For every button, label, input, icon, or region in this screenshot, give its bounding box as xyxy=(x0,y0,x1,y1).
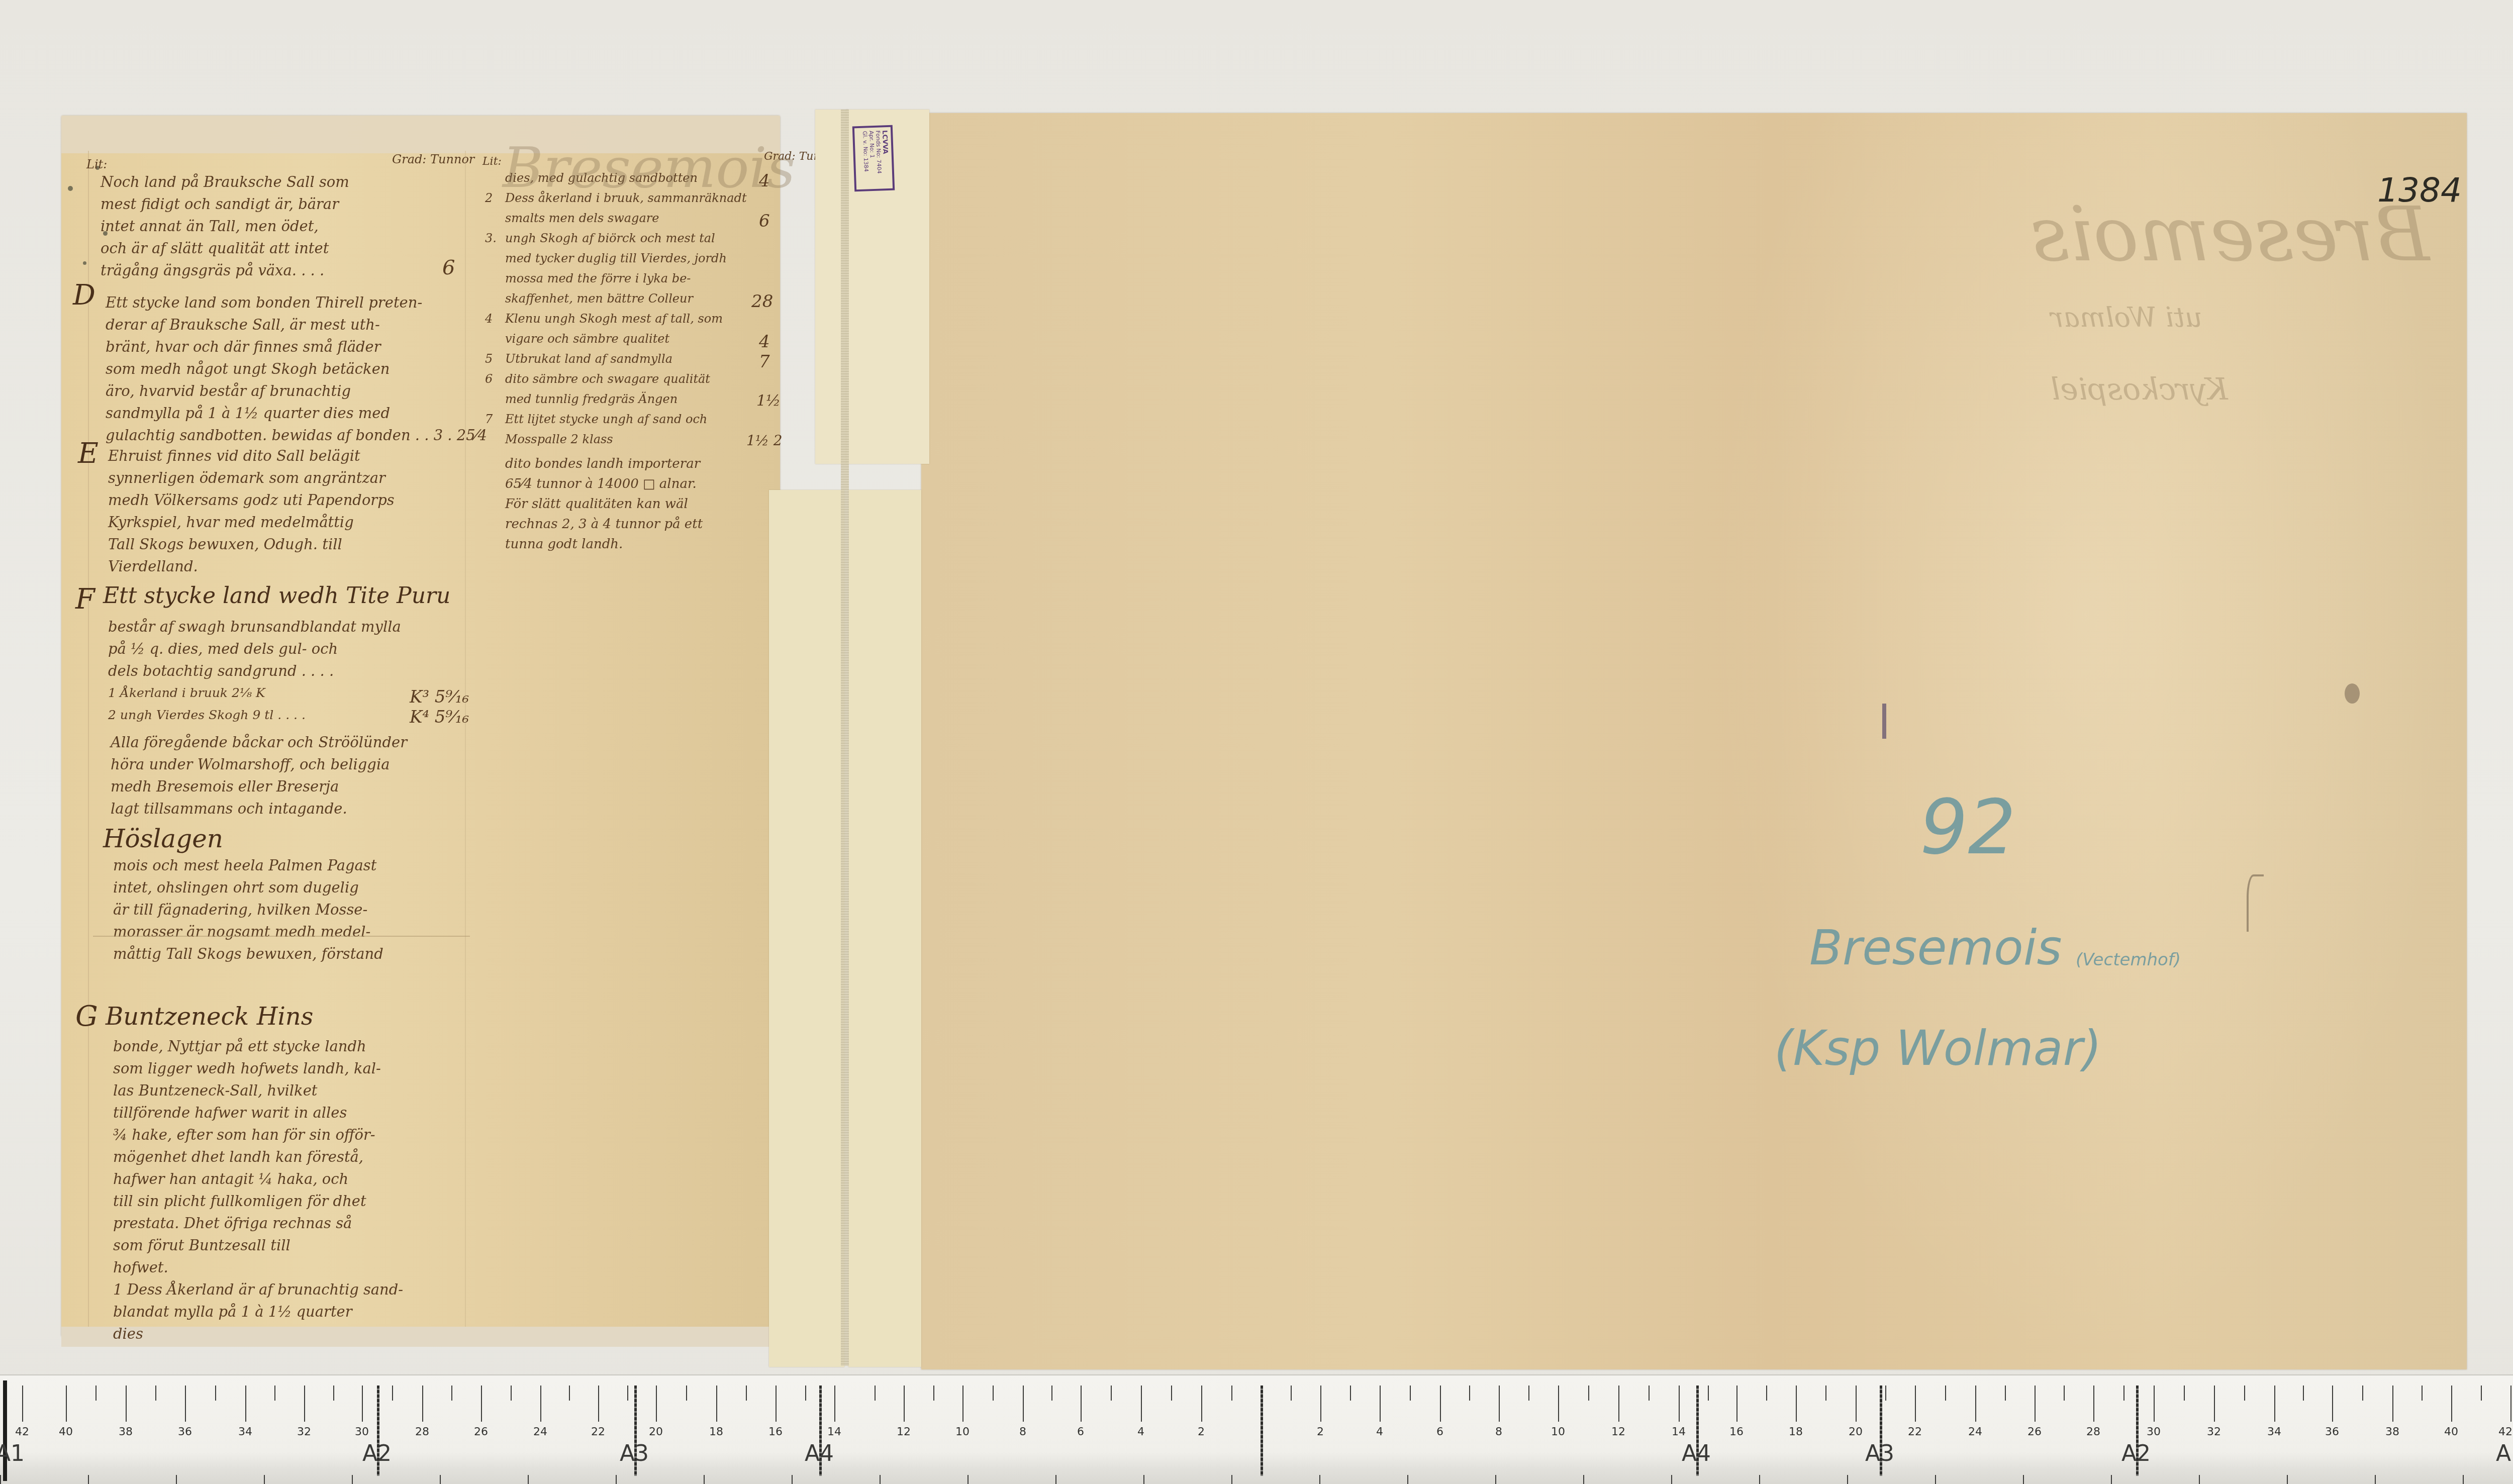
ruler-label: 8 xyxy=(1019,1426,1026,1438)
manuscript-line: dies xyxy=(113,1323,475,1345)
paper-size-label-a2: A2 xyxy=(362,1441,392,1466)
ruler-label: 24 xyxy=(533,1426,547,1438)
manuscript-line: mögenhet dhet landh kan förestå, xyxy=(113,1146,475,1168)
col2-row: tunna godt landh. xyxy=(485,537,787,557)
col2-row: med tycker duglig till Vierdes, jordh xyxy=(485,251,787,271)
section-summary: Alla föregående båckar och Ströölünder h… xyxy=(111,731,462,820)
ink-mark xyxy=(1882,704,1886,739)
ruler-label: 2 xyxy=(1198,1426,1205,1438)
manuscript-line: bonde, Nyttjar på ett stycke landh xyxy=(113,1035,475,1057)
manuscript-line: höra under Wolmarshoff, och beliggia xyxy=(111,753,462,775)
ruler-label: 12 xyxy=(897,1426,911,1438)
ruler-label: 26 xyxy=(2027,1426,2042,1438)
ruler-label: 14 xyxy=(1672,1426,1686,1438)
col2-entries: dies, med gulachtig sandbotten4 2Dess åk… xyxy=(485,171,787,557)
manuscript-line: består af swagh brunsandblandat mylla xyxy=(108,616,460,638)
col2-row: För slätt qualitäten kan wäl xyxy=(485,497,787,517)
col2-row: 3.ungh Skogh af biörck och mest tal xyxy=(485,231,787,251)
ruler-label: 4 xyxy=(1376,1426,1383,1438)
manuscript-line: Ett stycke land som bonden Thirell prete… xyxy=(106,291,457,314)
ruler-label: 16 xyxy=(1729,1426,1744,1438)
ruler-label: 42 xyxy=(2498,1426,2512,1438)
ruler-label: 6 xyxy=(1077,1426,1084,1438)
pencil-place-name: Bresemois xyxy=(1809,920,2062,976)
manuscript-line: prestata. Dhet öfriga rechnas så xyxy=(113,1212,475,1234)
manuscript-line: som medh något ungt Skogh betäcken xyxy=(106,358,457,380)
paper-size-label-a2: A2 xyxy=(2121,1441,2151,1466)
ruler-label: 32 xyxy=(297,1426,311,1438)
paper-size-label-a1: A1 xyxy=(2496,1441,2513,1466)
manuscript-line: tillförende hafwer warit in alles xyxy=(113,1102,475,1124)
ink-spot xyxy=(83,261,86,265)
col2-row: skaffenhet, men bättre Colleur28 xyxy=(485,291,787,312)
manuscript-line: las Buntzeneck-Sall, hvilket xyxy=(113,1079,475,1102)
manuscript-line: 1 Åkerland i bruuk 2⅛ K xyxy=(108,682,460,704)
section-hoslagen-heading: Höslagen xyxy=(103,824,223,853)
manuscript-line: och är af slätt qualität att intet xyxy=(101,237,452,259)
manuscript-line: ¾ hake, efter som han för sin offör- xyxy=(113,1124,475,1146)
margin-value: 6 xyxy=(442,256,455,279)
ruler-label: 22 xyxy=(1908,1426,1922,1438)
section-letter-e: E xyxy=(78,437,99,470)
manuscript-line: derar af Brauksche Sall, är mest uth- xyxy=(106,314,457,336)
col2-row: 4Klenu ungh Skogh mest af tall, som xyxy=(485,312,787,332)
ruler-label: 38 xyxy=(2385,1426,2399,1438)
gauze-binding-seam xyxy=(841,110,849,1366)
mirror-bleed-subtitle-2: Kyrckospiel xyxy=(2051,372,2228,407)
ruler-label: 8 xyxy=(1495,1426,1502,1438)
ruler-label: 22 xyxy=(591,1426,605,1438)
fraction-value-k3: K³ 5⁹⁄₁₆ xyxy=(410,686,469,708)
manuscript-line: 2 ungh Vierdes Skogh 9 tl . . . . xyxy=(108,704,460,726)
manuscript-line: medh Völkersams godz uti Papendorps xyxy=(108,489,460,511)
manuscript-line: gulachtig sandbotten. bewidas af bonden … xyxy=(106,424,457,446)
manuscript-line: bränt, hvar och där finnes små fläder xyxy=(106,336,457,358)
ruler-label: 20 xyxy=(649,1426,663,1438)
manuscript-line: sandmylla på 1 à 1½ quarter dies med xyxy=(106,402,457,424)
paper-size-label-a3: A3 xyxy=(1865,1441,1894,1466)
ruler-label: 20 xyxy=(1849,1426,1863,1438)
manuscript-line: mest fidigt och sandigt är, bärar xyxy=(101,193,452,215)
col2-row: 65⁄4 tunnor à 14000 □ alnar. xyxy=(485,476,787,497)
stamp-text: LCVVA Fonds No: 7404 Apr. No: 1 Gl. v. N… xyxy=(861,130,890,202)
col2-row: med tunnlig fredgräs Ängen1½ xyxy=(485,392,787,412)
manuscript-line: medh Bresemois eller Breserja xyxy=(111,775,462,798)
paper-size-label-a4: A4 xyxy=(805,1441,834,1466)
ruler-label: 34 xyxy=(238,1426,252,1438)
col2-row: mossa med the förre i lyka be- xyxy=(485,271,787,291)
manuscript-line: som ligger wedh hofwets landh, kal- xyxy=(113,1057,475,1079)
manuscript-line: som förut Buntzesall till xyxy=(113,1234,475,1256)
mirror-bleed-subtitle: uti Wolmar xyxy=(2051,302,2202,333)
manuscript-line: synnerligen ödemark som angräntzar xyxy=(108,467,460,489)
manuscript-line: trägång ängsgräs på växa. . . . xyxy=(101,259,452,281)
manuscript-line: mois och mest heela Palmen Pagast xyxy=(113,854,465,876)
manuscript-line: till sin plicht fullkomligen för dhet xyxy=(113,1190,475,1212)
pencil-place-note: (Vectemhof) xyxy=(2076,950,2181,970)
manuscript-line: hafwer han antagit ¼ haka, och xyxy=(113,1168,475,1190)
manuscript-line: är till fägnadering, hvilken Mosse- xyxy=(113,899,465,921)
col2-row: vigare och sämbre qualitet4 xyxy=(485,332,787,352)
faint-pencil-mark xyxy=(2247,874,2264,932)
ruler-label: 40 xyxy=(59,1426,73,1438)
stain-spot xyxy=(2345,683,2360,704)
ruler-label: 4 xyxy=(1137,1426,1144,1438)
folio-number: 1384 xyxy=(2377,171,2462,210)
manuscript-line: Vierdelland. xyxy=(108,555,460,577)
col2-row: 7Ett lijtet stycke ungh af sand och xyxy=(485,412,787,432)
manuscript-line: Noch land på Brauksche Sall som xyxy=(101,171,452,193)
ruler-lower-scale xyxy=(0,1475,2513,1484)
fraction-value-k4: K⁴ 5⁹⁄₁₆ xyxy=(410,706,469,728)
section-letter-f: F xyxy=(75,583,95,616)
ruler-label: 16 xyxy=(768,1426,783,1438)
paper-size-label-a4: A4 xyxy=(1682,1441,1711,1466)
col2-row: 5Utbrukat land af sandmylla7 xyxy=(485,352,787,372)
ruler-label: 36 xyxy=(178,1426,192,1438)
ruler-label: 38 xyxy=(119,1426,133,1438)
ruler-label: 10 xyxy=(955,1426,970,1438)
col2-row: 6dito sämbre och swagare qualität xyxy=(485,372,787,392)
manuscript-line: äro, hvarvid består af brunachtig xyxy=(106,380,457,402)
manuscript-line: Tall Skogs bewuxen, Odugh. till xyxy=(108,533,460,555)
ruler-label: 42 xyxy=(15,1426,29,1438)
manuscript-line: på ½ q. dies, med dels gul- och xyxy=(108,638,460,660)
ruler-label: 10 xyxy=(1551,1426,1565,1438)
manuscript-line: 1 Dess Åkerland är af brunachtig sand- xyxy=(113,1278,475,1301)
manuscript-line: blandat mylla på 1 à 1½ quarter xyxy=(113,1301,475,1323)
ruler-label: 2 xyxy=(1317,1426,1324,1438)
manuscript-line: dels botachtig sandgrund . . . . xyxy=(108,660,460,682)
archive-stamp: LCVVA Fonds No: 7404 Apr. No: 1 Gl. v. N… xyxy=(852,125,895,192)
ruler-label: 34 xyxy=(2267,1426,2281,1438)
ruler-label: 36 xyxy=(2325,1426,2339,1438)
repair-strip xyxy=(848,490,921,1367)
section-f: består af swagh brunsandblandat mylla på… xyxy=(108,616,460,726)
section-letter-d: D xyxy=(73,279,95,312)
pencil-district: (Ksp Wolmar) xyxy=(1774,1020,2101,1076)
bleed-through-text: Bresemois xyxy=(503,136,795,200)
manuscript-line: hofwet. xyxy=(113,1256,475,1278)
paper-size-label-a3: A3 xyxy=(620,1441,649,1466)
manuscript-line: intet, ohslingen ohrt som dugelig xyxy=(113,876,465,899)
section-d: Ett stycke land som bonden Thirell prete… xyxy=(106,291,457,446)
section-f-heading: Ett stycke land wedh Tite Puru xyxy=(103,583,450,609)
ruler-label: 24 xyxy=(1968,1426,1982,1438)
manuscript-line: måttig Tall Skogs bewuxen, förstand xyxy=(113,943,465,965)
ruler-center-mark xyxy=(1261,1386,1263,1476)
corner-label-grad: Grad: Tunnor xyxy=(392,148,474,170)
manuscript-line: Alla föregående båckar och Ströölünder xyxy=(111,731,462,753)
manuscript-line: morasser är nogsamt medh medel- xyxy=(113,921,465,943)
ruler-label: 18 xyxy=(1789,1426,1803,1438)
repair-strip xyxy=(769,490,844,1367)
ruler-label: 14 xyxy=(827,1426,841,1438)
ruler-label: 30 xyxy=(355,1426,369,1438)
ruler-label: 18 xyxy=(709,1426,723,1438)
manuscript-line: lagt tillsammans och intagande. xyxy=(111,798,462,820)
ink-spot xyxy=(68,186,73,191)
mirror-bleed-title: Bresemois xyxy=(2031,191,2430,278)
col2-corner-label-lit: Lit: xyxy=(482,151,502,173)
manuscript-line: intet annat än Tall, men ödet, xyxy=(101,215,452,237)
ruler-label: 28 xyxy=(415,1426,429,1438)
ruler-label: 40 xyxy=(2444,1426,2458,1438)
left-margin-rule xyxy=(88,151,89,1327)
manuscript-line: Kyrkspiel, hvar med medelmåttig xyxy=(108,511,460,533)
paper-size-label-a1: A1 xyxy=(0,1441,25,1466)
section-brauksche-sall: Noch land på Brauksche Sall som mest fid… xyxy=(101,171,452,281)
pencil-number: 92 xyxy=(1920,784,2016,871)
measuring-ruler: 42 40 38 36 34 32 30 28 26 24 22 20 18 1… xyxy=(0,1374,2513,1484)
section-hoslagen: mois och mest heela Palmen Pagast intet,… xyxy=(113,854,465,965)
ruler-label: 28 xyxy=(2086,1426,2100,1438)
manuscript-line: Ehruist finnes vid dito Sall belägit xyxy=(108,445,460,467)
col2-row: smalts men dels swagare6 xyxy=(485,211,787,231)
section-g: bonde, Nyttjar på ett stycke landh som l… xyxy=(113,1035,475,1345)
ruler-label: 32 xyxy=(2207,1426,2221,1438)
col2-row: dito bondes landh importerar xyxy=(485,456,787,476)
col2-row: rechnas 2, 3 à 4 tunnor på ett xyxy=(485,517,787,537)
ruler-label: 30 xyxy=(2147,1426,2161,1438)
ruler-label: 26 xyxy=(474,1426,488,1438)
section-g-heading: Buntzeneck Hins xyxy=(106,1003,313,1031)
col2-row: Mosspalle 2 klass1½ 2 xyxy=(485,432,787,456)
section-separator-rule xyxy=(93,936,470,937)
ruler-label: 6 xyxy=(1436,1426,1443,1438)
section-letter-g: G xyxy=(75,1000,98,1033)
section-e: Ehruist finnes vid dito Sall belägit syn… xyxy=(108,445,460,577)
ruler-label: 12 xyxy=(1611,1426,1625,1438)
